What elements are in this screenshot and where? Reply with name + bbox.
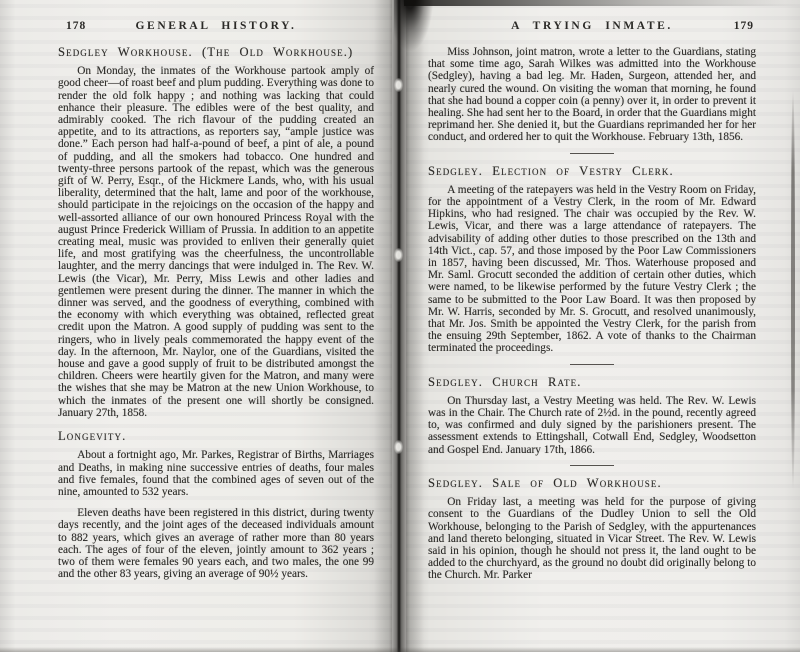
section-heading: Sedgley Workhouse. (The Old Workhouse.) bbox=[58, 46, 374, 58]
section-divider bbox=[570, 465, 614, 466]
page-right: A TRYING INMATE. 179 Miss Johnson, joint… bbox=[406, 0, 800, 652]
binding-stitch bbox=[394, 248, 403, 262]
page-left-header: 178 GENERAL HISTORY. bbox=[58, 20, 374, 36]
paragraph: On Thursday last, a Vestry Meeting was h… bbox=[428, 395, 756, 456]
page-number-right: 179 bbox=[734, 20, 754, 32]
paragraph: On Friday last, a meeting was held for t… bbox=[428, 496, 756, 581]
running-header-right: A TRYING INMATE. bbox=[428, 20, 756, 32]
section-heading: Sedgley. Election of Vestry Clerk. bbox=[428, 165, 756, 177]
page-left: 178 GENERAL HISTORY. Sedgley Workhouse. … bbox=[0, 0, 392, 652]
section-divider bbox=[570, 153, 614, 154]
section-divider bbox=[570, 364, 614, 365]
section-heading: Sedgley. Sale of Old Workhouse. bbox=[428, 477, 756, 489]
paragraph: Miss Johnson, joint matron, wrote a lett… bbox=[428, 46, 756, 144]
paragraph: Eleven deaths have been registered in th… bbox=[58, 507, 374, 580]
binding-stitch bbox=[394, 440, 403, 454]
paragraph: On Monday, the inmates of the Workhouse … bbox=[58, 65, 374, 419]
section-heading: Sedgley. Church Rate. bbox=[428, 376, 756, 388]
paragraph: About a fortnight ago, Mr. Parkes, Regis… bbox=[58, 449, 374, 498]
section-heading: Longevity. bbox=[58, 430, 374, 442]
binding-stitch bbox=[394, 78, 403, 92]
running-header-left: GENERAL HISTORY. bbox=[58, 20, 374, 32]
page-left-body: Sedgley Workhouse. (The Old Workhouse.)O… bbox=[58, 46, 374, 580]
paragraph: A meeting of the ratepayers was held in … bbox=[428, 184, 756, 355]
book-scan: 178 GENERAL HISTORY. Sedgley Workhouse. … bbox=[0, 0, 800, 652]
page-right-header: A TRYING INMATE. 179 bbox=[428, 20, 756, 36]
page-right-body: Miss Johnson, joint matron, wrote a lett… bbox=[428, 46, 756, 582]
